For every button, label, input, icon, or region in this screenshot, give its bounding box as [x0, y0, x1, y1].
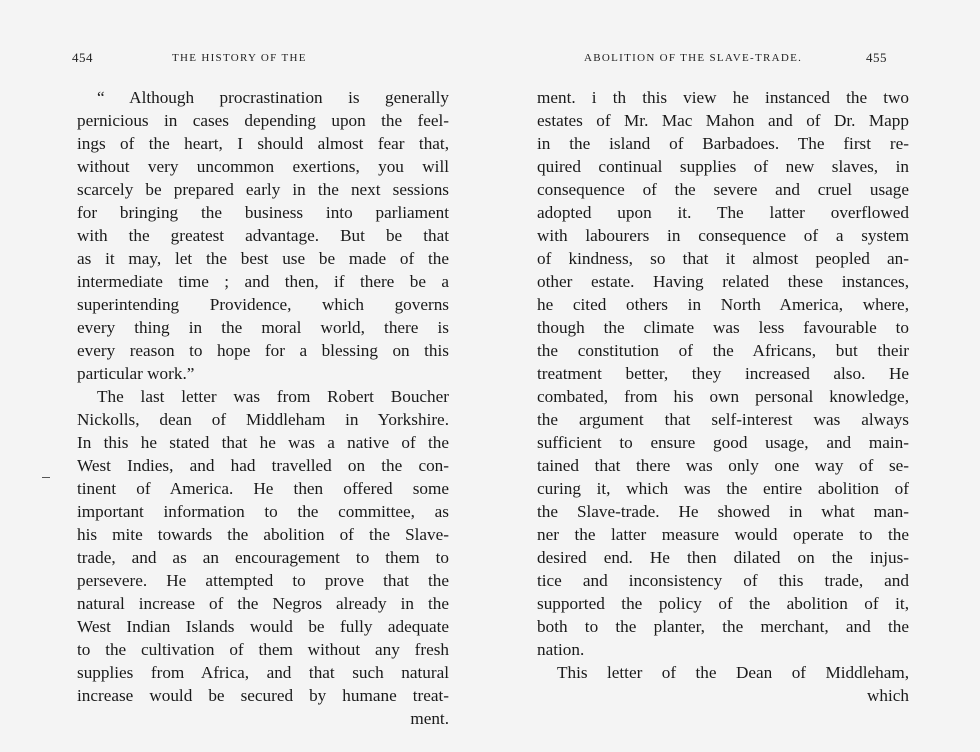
text-line: without very uncommon exertions, you wil…	[77, 155, 449, 178]
text-line: the constitution of the Africans, but th…	[537, 339, 909, 362]
text-line: which	[537, 684, 909, 707]
page-number-left: 454	[72, 50, 93, 66]
text-line: supported the policy of the abolition of…	[537, 592, 909, 615]
text-line: tice and inconsistency of this trade, an…	[537, 569, 909, 592]
text-line: “ Although procrastination is generally	[77, 86, 449, 109]
text-line: of kindness, so that it almost peopled a…	[537, 247, 909, 270]
text-line: The last letter was from Robert Boucher	[77, 385, 449, 408]
text-line: sufficient to ensure good usage, and mai…	[537, 431, 909, 454]
text-line: In this he stated that he was a native o…	[77, 431, 449, 454]
text-line: intermediate time ; and then, if there b…	[77, 270, 449, 293]
text-line: with the greatest advantage. But be that	[77, 224, 449, 247]
text-line: though the climate was less favourable t…	[537, 316, 909, 339]
text-line: ings of the heart, I should almost fear …	[77, 132, 449, 155]
text-line: Nickolls, dean of Middleham in Yorkshire…	[77, 408, 449, 431]
text-line: persevere. He attempted to prove that th…	[77, 569, 449, 592]
text-line: West Indian Islands would be fully adequ…	[77, 615, 449, 638]
text-line: superintending Providence, which governs	[77, 293, 449, 316]
text-line: he cited others in North America, where,	[537, 293, 909, 316]
text-line: other estate. Having related these insta…	[537, 270, 909, 293]
text-line: desired end. He then dilated on the inju…	[537, 546, 909, 569]
text-line: tinent of America. He then offered some	[77, 477, 449, 500]
text-line: every thing in the moral world, there is	[77, 316, 449, 339]
text-line: combated, from his own personal knowledg…	[537, 385, 909, 408]
text-line: ment.	[77, 707, 449, 730]
running-head-left: THE HISTORY OF THE	[172, 52, 307, 64]
text-line: important information to the committee, …	[77, 500, 449, 523]
text-line: increase would be secured by humane trea…	[77, 684, 449, 707]
text-line: tained that there was only one way of se…	[537, 454, 909, 477]
text-line: to the cultivation of them without any f…	[77, 638, 449, 661]
text-line: estates of Mr. Mac Mahon and of Dr. Mapp	[537, 109, 909, 132]
text-line: ner the latter measure would operate to …	[537, 523, 909, 546]
text-line: as it may, let the best use be made of t…	[77, 247, 449, 270]
left-page-body: “ Although procrastination is generallyp…	[77, 86, 449, 730]
text-line: both to the planter, the merchant, and t…	[537, 615, 909, 638]
text-line: pernicious in cases depending upon the f…	[77, 109, 449, 132]
text-line: treatment better, they increased also. H…	[537, 362, 909, 385]
text-line: with labourers in consequence of a syste…	[537, 224, 909, 247]
text-line: his mite towards the abolition of the Sl…	[77, 523, 449, 546]
text-line: particular work.”	[77, 362, 449, 385]
text-line: every reason to hope for a blessing on t…	[77, 339, 449, 362]
text-line: ment. i th this view he instanced the tw…	[537, 86, 909, 109]
text-line: consequence of the severe and cruel usag…	[537, 178, 909, 201]
text-line: nation.	[537, 638, 909, 661]
text-line: This letter of the Dean of Middleham,	[537, 661, 909, 684]
text-line: natural increase of the Negros already i…	[77, 592, 449, 615]
text-line: in the island of Barbadoes. The first re…	[537, 132, 909, 155]
left-page: 454 THE HISTORY OF THE “ Although procra…	[0, 0, 490, 752]
page-number-right: 455	[866, 50, 887, 66]
right-page-body: ment. i th this view he instanced the tw…	[537, 86, 909, 707]
running-head-right: ABOLITION OF THE SLAVE-TRADE.	[584, 52, 802, 64]
right-page: ABOLITION OF THE SLAVE-TRADE. 455 ment. …	[490, 0, 980, 752]
scan-speck	[42, 477, 50, 478]
text-line: for bringing the business into parliamen…	[77, 201, 449, 224]
text-line: supplies from Africa, and that such natu…	[77, 661, 449, 684]
text-line: adopted upon it. The latter overflowed	[537, 201, 909, 224]
text-line: the Slave-trade. He showed in what man-	[537, 500, 909, 523]
text-line: quired continual supplies of new slaves,…	[537, 155, 909, 178]
text-line: scarcely be prepared early in the next s…	[77, 178, 449, 201]
text-line: West Indies, and had travelled on the co…	[77, 454, 449, 477]
text-line: the argument that self-interest was alwa…	[537, 408, 909, 431]
text-line: trade, and as an encouragement to them t…	[77, 546, 449, 569]
text-line: curing it, which was the entire abolitio…	[537, 477, 909, 500]
